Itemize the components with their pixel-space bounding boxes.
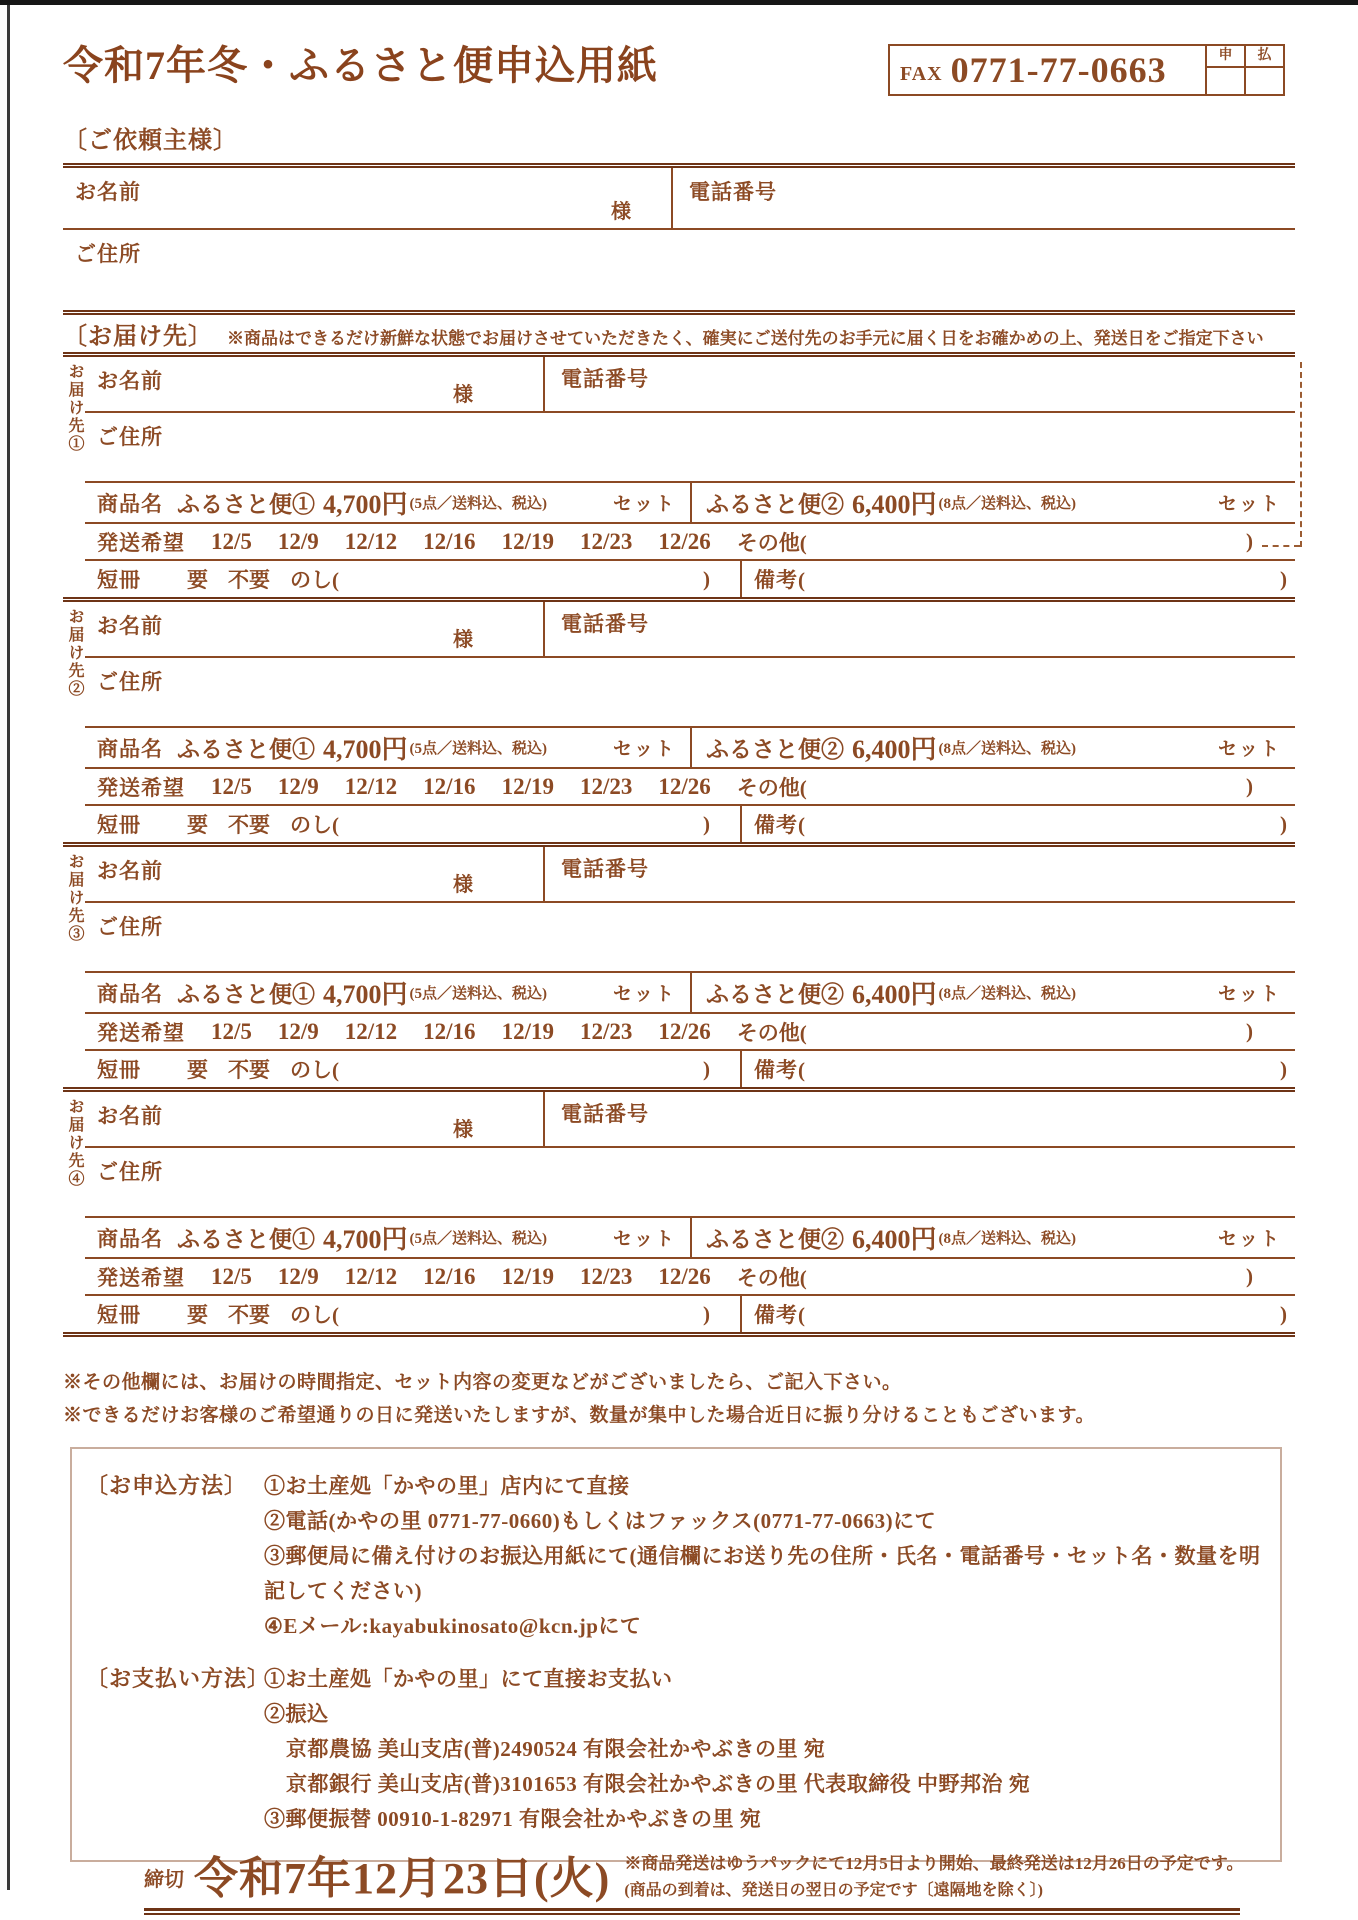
close-paren: )	[1246, 1019, 1253, 1044]
address-label: ご住所	[97, 911, 163, 971]
delivery-name-row: お名前 様 電話番号	[85, 357, 1295, 413]
ship-date: 12/16	[423, 1264, 475, 1290]
noshi-label: のし(	[290, 1054, 339, 1084]
tanzaku-yes: 要	[187, 1054, 208, 1084]
product-2-price: 6,400円	[852, 974, 937, 1011]
destinations-header: 〔お届け先〕 ※商品はできるだけ新鮮な状態でお届けさせていただきたく、確実にご送…	[63, 316, 1358, 351]
ship-date-row: 発送希望 12/5 12/9 12/12 12/16 12/19 12/23 1…	[85, 1259, 1295, 1296]
deadline-label: 締切	[144, 1863, 184, 1892]
product-row: 商品名 ふるさと便① 4,700円 (5点／送料込、税込) セット ふるさと便②…	[85, 483, 1295, 524]
close-paren: )	[1280, 567, 1287, 592]
ship-date: 12/16	[423, 774, 475, 800]
order-form-page: 令和7年冬・ふるさと便申込用紙 FAX 0771-77-0663 申 払 〔ご依…	[0, 0, 1358, 1920]
biko-label: 備考(	[754, 1054, 806, 1084]
product-1-price: 4,700円	[323, 1219, 408, 1256]
delivery-phone-field: 電話番号	[545, 847, 1295, 901]
ship-date: 12/23	[580, 774, 632, 800]
stamp-cell-apply	[1207, 68, 1244, 94]
scan-artifact-top	[0, 0, 1358, 5]
product-2-price: 6,400円	[852, 484, 937, 521]
ship-other-label: その他(	[737, 1017, 807, 1047]
biko-label: 備考(	[754, 809, 806, 839]
set-label: セット	[1218, 734, 1281, 761]
product-2-name: ふるさと便②	[706, 486, 844, 519]
delivery-name-field: お名前 様	[85, 1092, 545, 1146]
product-1-price: 4,700円	[323, 484, 408, 521]
product-1-note: (5点／送料込、税込)	[410, 737, 548, 758]
honorific-sama: 様	[453, 378, 473, 407]
biko-cell: 備考( )	[742, 1296, 1295, 1332]
product-2-cell: ふるさと便② 6,400円 (8点／送料込、税込) セット	[692, 1218, 1295, 1257]
delivery-name-field: お名前 様	[85, 602, 545, 656]
product-2-note: (8点／送料込、税込)	[939, 737, 1077, 758]
close-paren: )	[703, 567, 710, 592]
requester-section: 〔ご依頼主様〕 お名前 様 電話番号 ご住所	[63, 120, 1295, 315]
deadline-row: 締切 令和7年12月23日(火) ※商品発送はゆうパックにて12月5日より開始、…	[144, 1849, 1280, 1902]
payment-item-3: ③郵便振替 00910-1-82971 有限会社かやぶきの里 宛	[264, 1802, 1030, 1837]
biko-cell: 備考( )	[742, 806, 1295, 842]
tanzaku-cell: 短冊 要 不要 のし( )	[85, 806, 742, 842]
delivery-address-field: ご住所	[85, 413, 1295, 483]
delivery-phone-field: 電話番号	[545, 1092, 1295, 1146]
delivery-name-row: お名前 様 電話番号	[85, 847, 1295, 903]
phone-label: 電話番号	[561, 1102, 649, 1126]
deadline-date: 令和7年12月23日(火)	[194, 1856, 610, 1902]
product-2-note: (8点／送料込、税込)	[939, 492, 1077, 513]
product-row: 商品名 ふるさと便① 4,700円 (5点／送料込、税込) セット ふるさと便②…	[85, 973, 1295, 1014]
tanzaku-cell: 短冊 要 不要 のし( )	[85, 1296, 742, 1332]
address-label: ご住所	[97, 1156, 163, 1216]
ship-date: 12/12	[345, 1264, 397, 1290]
product-2-cell: ふるさと便② 6,400円 (8点／送料込、税込) セット	[692, 973, 1295, 1012]
close-paren: )	[1246, 774, 1253, 799]
payment-title: 〔お支払い方法〕	[86, 1662, 264, 1837]
phone-label: 電話番号	[561, 857, 649, 881]
product-row: 商品名 ふるさと便① 4,700円 (5点／送料込、税込) セット ふるさと便②…	[85, 1218, 1295, 1259]
ship-date: 12/26	[658, 774, 710, 800]
biko-cell: 備考( )	[742, 1051, 1295, 1087]
tanzaku-cell: 短冊 要 不要 のし( )	[85, 1051, 742, 1087]
ship-date: 12/9	[278, 774, 319, 800]
honorific-sama: 様	[611, 195, 631, 224]
product-1-note: (5点／送料込、税込)	[410, 982, 548, 1003]
payment-item-1: ①お土産処「かやの里」にて直接お支払い	[264, 1662, 1030, 1697]
payment-item-2: ②振込	[264, 1697, 1030, 1732]
ship-date: 12/19	[502, 774, 554, 800]
product-1-cell: 商品名 ふるさと便① 4,700円 (5点／送料込、税込) セット	[85, 483, 692, 522]
delivery-name-field: お名前 様	[85, 357, 545, 411]
name-label: お名前	[97, 1104, 163, 1128]
ship-date: 12/5	[211, 1264, 252, 1290]
product-1-name: ふるさと便①	[177, 731, 315, 764]
apply-item-4: ④Eメール:kayabukinosato@kcn.jpにて	[264, 1609, 1280, 1644]
close-paren: )	[1280, 1057, 1287, 1082]
payment-bank-1: 京都農協 美山支店(普)2490524 有限会社かやぶきの里 宛	[264, 1732, 1030, 1767]
requester-phone-field: 電話番号	[673, 168, 1295, 228]
stamp-head-pay: 払	[1246, 46, 1283, 68]
fax-number: 0771-77-0663	[951, 49, 1167, 91]
set-label: セット	[1218, 489, 1281, 516]
biko-label: 備考(	[754, 564, 806, 594]
deadline-note-1: ※商品発送はゆうパックにて12月5日より開始、最終発送は12月26日の予定です。	[624, 1849, 1243, 1874]
tanzaku-row: 短冊 要 不要 のし( ) 備考( )	[85, 1051, 1295, 1087]
destination-blocks: お届け先① お名前 様 電話番号 ご住所 商品名	[63, 352, 1295, 1337]
close-paren: )	[703, 812, 710, 837]
ship-label: 発送希望	[97, 772, 185, 802]
page-title: 令和7年冬・ふるさと便申込用紙	[63, 34, 658, 91]
ship-date: 12/12	[345, 774, 397, 800]
stamp-cell-pay	[1246, 68, 1283, 94]
ship-date: 12/5	[211, 529, 252, 555]
apply-item-1: ①お土産処「かやの里」店内にて直接	[264, 1469, 1280, 1504]
product-label: 商品名	[97, 978, 163, 1008]
delivery-address-field: ご住所	[85, 658, 1295, 728]
product-2-price: 6,400円	[852, 1219, 937, 1256]
product-label: 商品名	[97, 488, 163, 518]
tanzaku-no: 不要	[228, 1299, 270, 1329]
noshi-label: のし(	[290, 564, 339, 594]
delivery-block-1: お届け先① お名前 様 電話番号 ご住所 商品名	[63, 357, 1295, 597]
ship-date: 12/12	[345, 529, 397, 555]
ship-label: 発送希望	[97, 1262, 185, 1292]
tanzaku-label: 短冊	[97, 1054, 141, 1084]
fax-label: FAX	[900, 63, 943, 86]
deadline-note-2: (商品の到着は、発送日の翌日の予定です〔遠隔地を除く〕)	[624, 1877, 1243, 1900]
product-2-name: ふるさと便②	[706, 976, 844, 1009]
honorific-sama: 様	[453, 623, 473, 652]
delivery-block-label: お届け先④	[63, 1092, 85, 1332]
delivery-block-label: お届け先③	[63, 847, 85, 1087]
requester-address-field: ご住所	[63, 230, 1295, 302]
product-1-note: (5点／送料込、税込)	[410, 1227, 548, 1248]
address-label: ご住所	[97, 666, 163, 726]
name-label: お名前	[97, 614, 163, 638]
ship-date: 12/16	[423, 529, 475, 555]
stamp-col-apply: 申	[1207, 46, 1244, 94]
product-1-name: ふるさと便①	[177, 486, 315, 519]
honorific-sama: 様	[453, 1113, 473, 1142]
tanzaku-label: 短冊	[97, 564, 141, 594]
requester-name-field: お名前 様	[63, 168, 673, 228]
noshi-label: のし(	[290, 1299, 339, 1329]
close-paren: )	[703, 1302, 710, 1327]
apply-item-2: ②電話(かやの里 0771-77-0660)もしくはファックス(0771-77-…	[264, 1504, 1280, 1539]
ship-date: 12/23	[580, 1019, 632, 1045]
tanzaku-row: 短冊 要 不要 のし( ) 備考( )	[85, 1296, 1295, 1332]
delivery-block-4: お届け先④ お名前 様 電話番号 ご住所 商品名	[63, 1092, 1295, 1332]
dashed-leader-vertical	[1300, 362, 1302, 547]
name-label: お名前	[97, 859, 163, 883]
ship-date: 12/26	[658, 529, 710, 555]
ship-date: 12/9	[278, 529, 319, 555]
phone-label: 電話番号	[561, 612, 649, 636]
product-label: 商品名	[97, 1223, 163, 1253]
product-1-price: 4,700円	[323, 974, 408, 1011]
apply-title: 〔お申込方法〕	[86, 1469, 264, 1644]
product-2-name: ふるさと便②	[706, 1221, 844, 1254]
ship-other-label: その他(	[737, 527, 807, 557]
noshi-label: のし(	[290, 809, 339, 839]
delivery-block-label: お届け先①	[63, 357, 85, 597]
close-paren: )	[1280, 812, 1287, 837]
ship-other-label: その他(	[737, 772, 807, 802]
stamp-head-apply: 申	[1207, 46, 1244, 68]
stamp-table: 申 払	[1205, 46, 1283, 94]
fax-box: FAX 0771-77-0663 申 払	[888, 44, 1285, 96]
phone-label: 電話番号	[689, 180, 777, 204]
address-label: ご住所	[97, 421, 163, 481]
tanzaku-label: 短冊	[97, 809, 141, 839]
product-2-cell: ふるさと便② 6,400円 (8点／送料込、税込) セット	[692, 483, 1295, 522]
set-label: セット	[613, 979, 676, 1006]
footnote-1: ※その他欄には、お届けの時間指定、セット内容の変更などがございましたら、ご記入下…	[63, 1366, 1095, 1399]
ship-date: 12/9	[278, 1019, 319, 1045]
payment-items: ①お土産処「かやの里」にて直接お支払い ②振込 京都農協 美山支店(普)2490…	[264, 1662, 1030, 1837]
ship-date: 12/5	[211, 1019, 252, 1045]
close-paren: )	[1246, 1264, 1253, 1289]
delivery-block-3: お届け先③ お名前 様 電話番号 ご住所 商品名	[63, 847, 1295, 1087]
delivery-name-row: お名前 様 電話番号	[85, 602, 1295, 658]
apply-item-3: ③郵便局に備え付けのお振込用紙にて(通信欄にお送り先の住所・氏名・電話番号・セッ…	[264, 1539, 1280, 1609]
rule	[63, 1332, 1295, 1337]
ship-date: 12/5	[211, 774, 252, 800]
delivery-address-field: ご住所	[85, 1148, 1295, 1218]
honorific-sama: 様	[453, 868, 473, 897]
ship-date-row: 発送希望 12/5 12/9 12/12 12/16 12/19 12/23 1…	[85, 1014, 1295, 1051]
ship-date-row: 発送希望 12/5 12/9 12/12 12/16 12/19 12/23 1…	[85, 769, 1295, 806]
ship-label: 発送希望	[97, 527, 185, 557]
delivery-name-row: お名前 様 電話番号	[85, 1092, 1295, 1148]
product-1-name: ふるさと便①	[177, 1221, 315, 1254]
address-label: ご住所	[75, 238, 141, 302]
destinations-section-note: ※商品はできるだけ新鮮な状態でお届けさせていただきたく、確実にご送付先のお手元に…	[227, 324, 1264, 351]
rule	[63, 310, 1295, 315]
ship-date: 12/19	[502, 1264, 554, 1290]
product-1-cell: 商品名 ふるさと便① 4,700円 (5点／送料込、税込) セット	[85, 728, 692, 767]
payment-section: 〔お支払い方法〕 ①お土産処「かやの里」にて直接お支払い ②振込 京都農協 美山…	[86, 1662, 1280, 1837]
tanzaku-yes: 要	[187, 809, 208, 839]
methods-box: 〔お申込方法〕 ①お土産処「かやの里」店内にて直接 ②電話(かやの里 0771-…	[70, 1447, 1282, 1862]
tanzaku-yes: 要	[187, 1299, 208, 1329]
ship-other-label: その他(	[737, 1262, 807, 1292]
close-paren: )	[703, 1057, 710, 1082]
product-1-cell: 商品名 ふるさと便① 4,700円 (5点／送料込、税込) セット	[85, 1218, 692, 1257]
product-label: 商品名	[97, 733, 163, 763]
ship-date: 12/12	[345, 1019, 397, 1045]
product-1-name: ふるさと便①	[177, 976, 315, 1009]
apply-items: ①お土産処「かやの里」店内にて直接 ②電話(かやの里 0771-77-0660)…	[264, 1469, 1280, 1644]
set-label: セット	[1218, 979, 1281, 1006]
ship-label: 発送希望	[97, 1017, 185, 1047]
deadline-underline	[144, 1908, 1240, 1915]
payment-bank-2: 京都銀行 美山支店(普)3101653 有限会社かやぶきの里 代表取締役 中野邦…	[264, 1767, 1030, 1802]
tanzaku-row: 短冊 要 不要 のし( ) 備考( )	[85, 561, 1295, 597]
ship-date: 12/16	[423, 1019, 475, 1045]
product-row: 商品名 ふるさと便① 4,700円 (5点／送料込、税込) セット ふるさと便②…	[85, 728, 1295, 769]
ship-date: 12/23	[580, 529, 632, 555]
ship-date: 12/26	[658, 1019, 710, 1045]
product-1-price: 4,700円	[323, 729, 408, 766]
close-paren: )	[1246, 529, 1253, 554]
product-2-name: ふるさと便②	[706, 731, 844, 764]
deadline-notes: ※商品発送はゆうパックにて12月5日より開始、最終発送は12月26日の予定です。…	[624, 1849, 1243, 1900]
product-2-note: (8点／送料込、税込)	[939, 982, 1077, 1003]
ship-date: 12/23	[580, 1264, 632, 1290]
delivery-name-field: お名前 様	[85, 847, 545, 901]
tanzaku-no: 不要	[228, 564, 270, 594]
set-label: セット	[613, 1224, 676, 1251]
product-2-cell: ふるさと便② 6,400円 (8点／送料込、税込) セット	[692, 728, 1295, 767]
name-label: お名前	[75, 180, 141, 204]
delivery-phone-field: 電話番号	[545, 602, 1295, 656]
product-2-note: (8点／送料込、税込)	[939, 1227, 1077, 1248]
footnote-2: ※できるだけお客様のご希望通りの日に発送いたしますが、数量が集中した場合近日に振…	[63, 1399, 1095, 1432]
phone-label: 電話番号	[561, 367, 649, 391]
delivery-phone-field: 電話番号	[545, 357, 1295, 411]
product-2-price: 6,400円	[852, 729, 937, 766]
fax-number-area: FAX 0771-77-0663	[890, 46, 1205, 94]
biko-label: 備考(	[754, 1299, 806, 1329]
requester-name-row: お名前 様 電話番号	[63, 168, 1295, 230]
apply-section: 〔お申込方法〕 ①お土産処「かやの里」店内にて直接 ②電話(かやの里 0771-…	[86, 1469, 1280, 1644]
biko-cell: 備考( )	[742, 561, 1295, 597]
ship-date: 12/19	[502, 1019, 554, 1045]
tanzaku-row: 短冊 要 不要 のし( ) 備考( )	[85, 806, 1295, 842]
product-1-cell: 商品名 ふるさと便① 4,700円 (5点／送料込、税込) セット	[85, 973, 692, 1012]
tanzaku-cell: 短冊 要 不要 のし( )	[85, 561, 742, 597]
set-label: セット	[1218, 1224, 1281, 1251]
tanzaku-yes: 要	[187, 564, 208, 594]
delivery-address-field: ご住所	[85, 903, 1295, 973]
close-paren: )	[1280, 1302, 1287, 1327]
ship-date-row: 発送希望 12/5 12/9 12/12 12/16 12/19 12/23 1…	[85, 524, 1295, 561]
destinations-section-title: 〔お届け先〕	[63, 316, 213, 351]
delivery-block-2: お届け先② お名前 様 電話番号 ご住所 商品名	[63, 602, 1295, 842]
stamp-col-pay: 払	[1244, 46, 1283, 94]
set-label: セット	[613, 489, 676, 516]
ship-date: 12/26	[658, 1264, 710, 1290]
product-1-note: (5点／送料込、税込)	[410, 492, 548, 513]
ship-date: 12/19	[502, 529, 554, 555]
ship-date: 12/9	[278, 1264, 319, 1290]
footnotes: ※その他欄には、お届けの時間指定、セット内容の変更などがございましたら、ご記入下…	[63, 1366, 1095, 1432]
tanzaku-no: 不要	[228, 809, 270, 839]
requester-section-title: 〔ご依頼主様〕	[63, 120, 1295, 155]
tanzaku-label: 短冊	[97, 1299, 141, 1329]
name-label: お名前	[97, 369, 163, 393]
delivery-block-label: お届け先②	[63, 602, 85, 842]
set-label: セット	[613, 734, 676, 761]
scan-artifact-left	[7, 5, 10, 1890]
tanzaku-no: 不要	[228, 1054, 270, 1084]
